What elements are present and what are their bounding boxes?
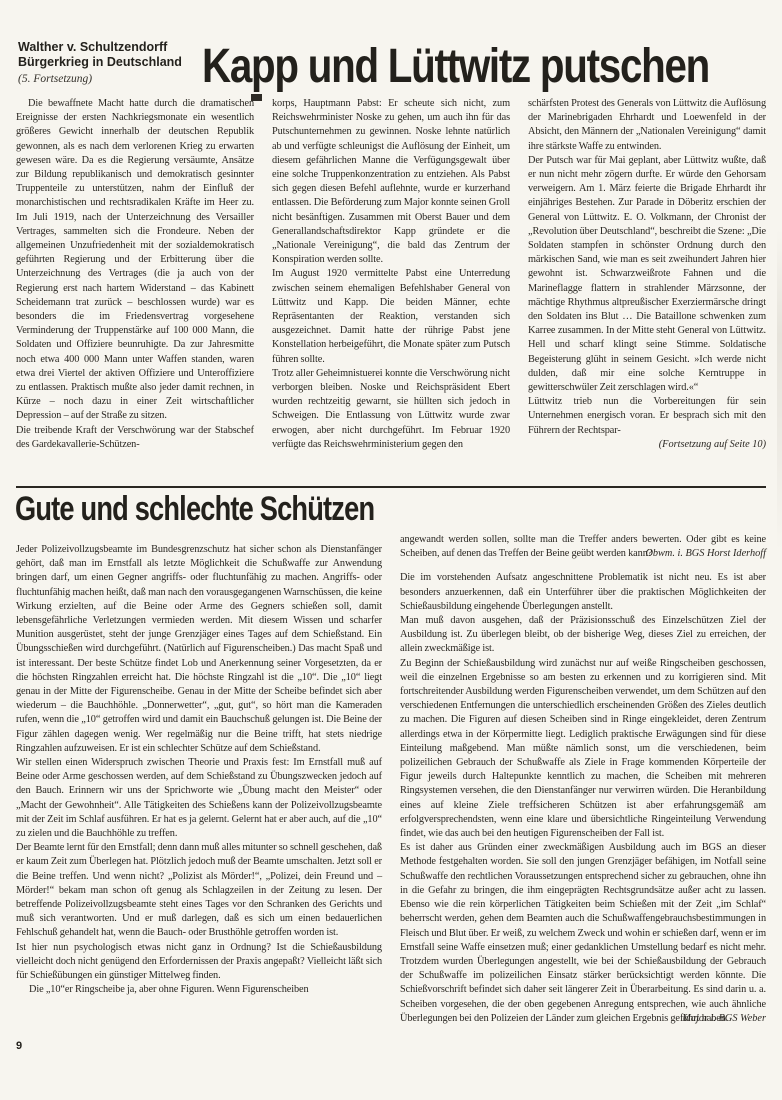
paragraph: Jeder Polizeivollzugsbeamte im Bundesgre… bbox=[16, 543, 382, 756]
article-divider-rule bbox=[16, 486, 766, 488]
paragraph: Man muß davon ausgehen, daß der Präzisio… bbox=[400, 614, 766, 657]
article1-column-2: korps, Hauptmann Pabst: Er scheute sich … bbox=[272, 97, 510, 452]
article2-headline-text: Gute und schlechte Schützen bbox=[15, 492, 374, 526]
article2-column-right: angewandt werden sollen, sollte man die … bbox=[400, 533, 766, 1026]
paragraph: Im August 1920 vermittelte Pabst eine Un… bbox=[272, 267, 510, 366]
article1-headline: Kapp und Lüttwitz putschen bbox=[202, 44, 782, 90]
paragraph: Der Putsch war für Mai geplant, aber Lüt… bbox=[528, 154, 766, 395]
article1-column-3: schärfsten Protest des Generals von Lütt… bbox=[528, 97, 766, 452]
article1-headline-text: Kapp und Lüttwitz putschen bbox=[202, 44, 709, 90]
article2-columns: Jeder Polizeivollzugsbeamte im Bundesgre… bbox=[16, 533, 766, 1026]
article1-column-3-text: schärfsten Protest des Generals von Lütt… bbox=[528, 97, 766, 438]
paragraph: Lüttwitz trieb nun die Vorbereitungen fü… bbox=[528, 395, 766, 438]
paragraph: Ist hier nun psychologisch etwas nicht g… bbox=[16, 941, 382, 984]
article1-columns: Die bewaffnete Macht hatte durch die dra… bbox=[16, 97, 766, 452]
paragraph: Die treibende Kraft der Verschwörung war… bbox=[16, 424, 254, 452]
kicker-author: Walther v. Schultzendorff bbox=[18, 40, 182, 55]
paragraph: Es ist daher aus Gründen einer zweckmäßi… bbox=[400, 841, 766, 1026]
kicker-part-note: (5. Fortsetzung) bbox=[18, 72, 182, 87]
page-number: 9 bbox=[16, 1040, 22, 1052]
kicker-series: Bürgerkrieg in Deutschland bbox=[18, 55, 182, 70]
magazine-page: Walther v. Schultzendorff Bürgerkrieg in… bbox=[0, 0, 782, 1100]
paragraph: Die „10“er Ringscheibe ja, aber ohne Fig… bbox=[16, 983, 382, 997]
paragraph: Die bewaffnete Macht hatte durch die dra… bbox=[16, 97, 254, 424]
paragraph: korps, Hauptmann Pabst: Er scheute sich … bbox=[272, 97, 510, 267]
article2-headline: Gute und schlechte Schützen bbox=[15, 492, 464, 527]
article1-column-1: Die bewaffnete Macht hatte durch die dra… bbox=[16, 97, 254, 452]
paragraph: schärfsten Protest des Generals von Lütt… bbox=[528, 97, 766, 154]
article2-column-left: Jeder Polizeivollzugsbeamte im Bundesgre… bbox=[16, 533, 382, 1026]
paragraph: Die im vorstehenden Aufsatz angeschnitte… bbox=[400, 571, 766, 614]
paragraph: Trotz aller Geheimnistuerei konnte die V… bbox=[272, 367, 510, 452]
article2-column-right-text: Die im vorstehenden Aufsatz angeschnitte… bbox=[400, 571, 766, 1026]
continuation-note: (Fortsetzung auf Seite 10) bbox=[528, 438, 766, 452]
article1-kicker: Walther v. Schultzendorff Bürgerkrieg in… bbox=[18, 40, 182, 87]
scan-edge-streak bbox=[777, 230, 782, 550]
paragraph: Der Beamte lernt für den Ernstfall; denn… bbox=[16, 841, 382, 940]
paragraph: Wir stellen einen Widerspruch zwischen T… bbox=[16, 756, 382, 841]
paragraph: Zu Beginn der Schießausbildung wird zunä… bbox=[400, 657, 766, 842]
